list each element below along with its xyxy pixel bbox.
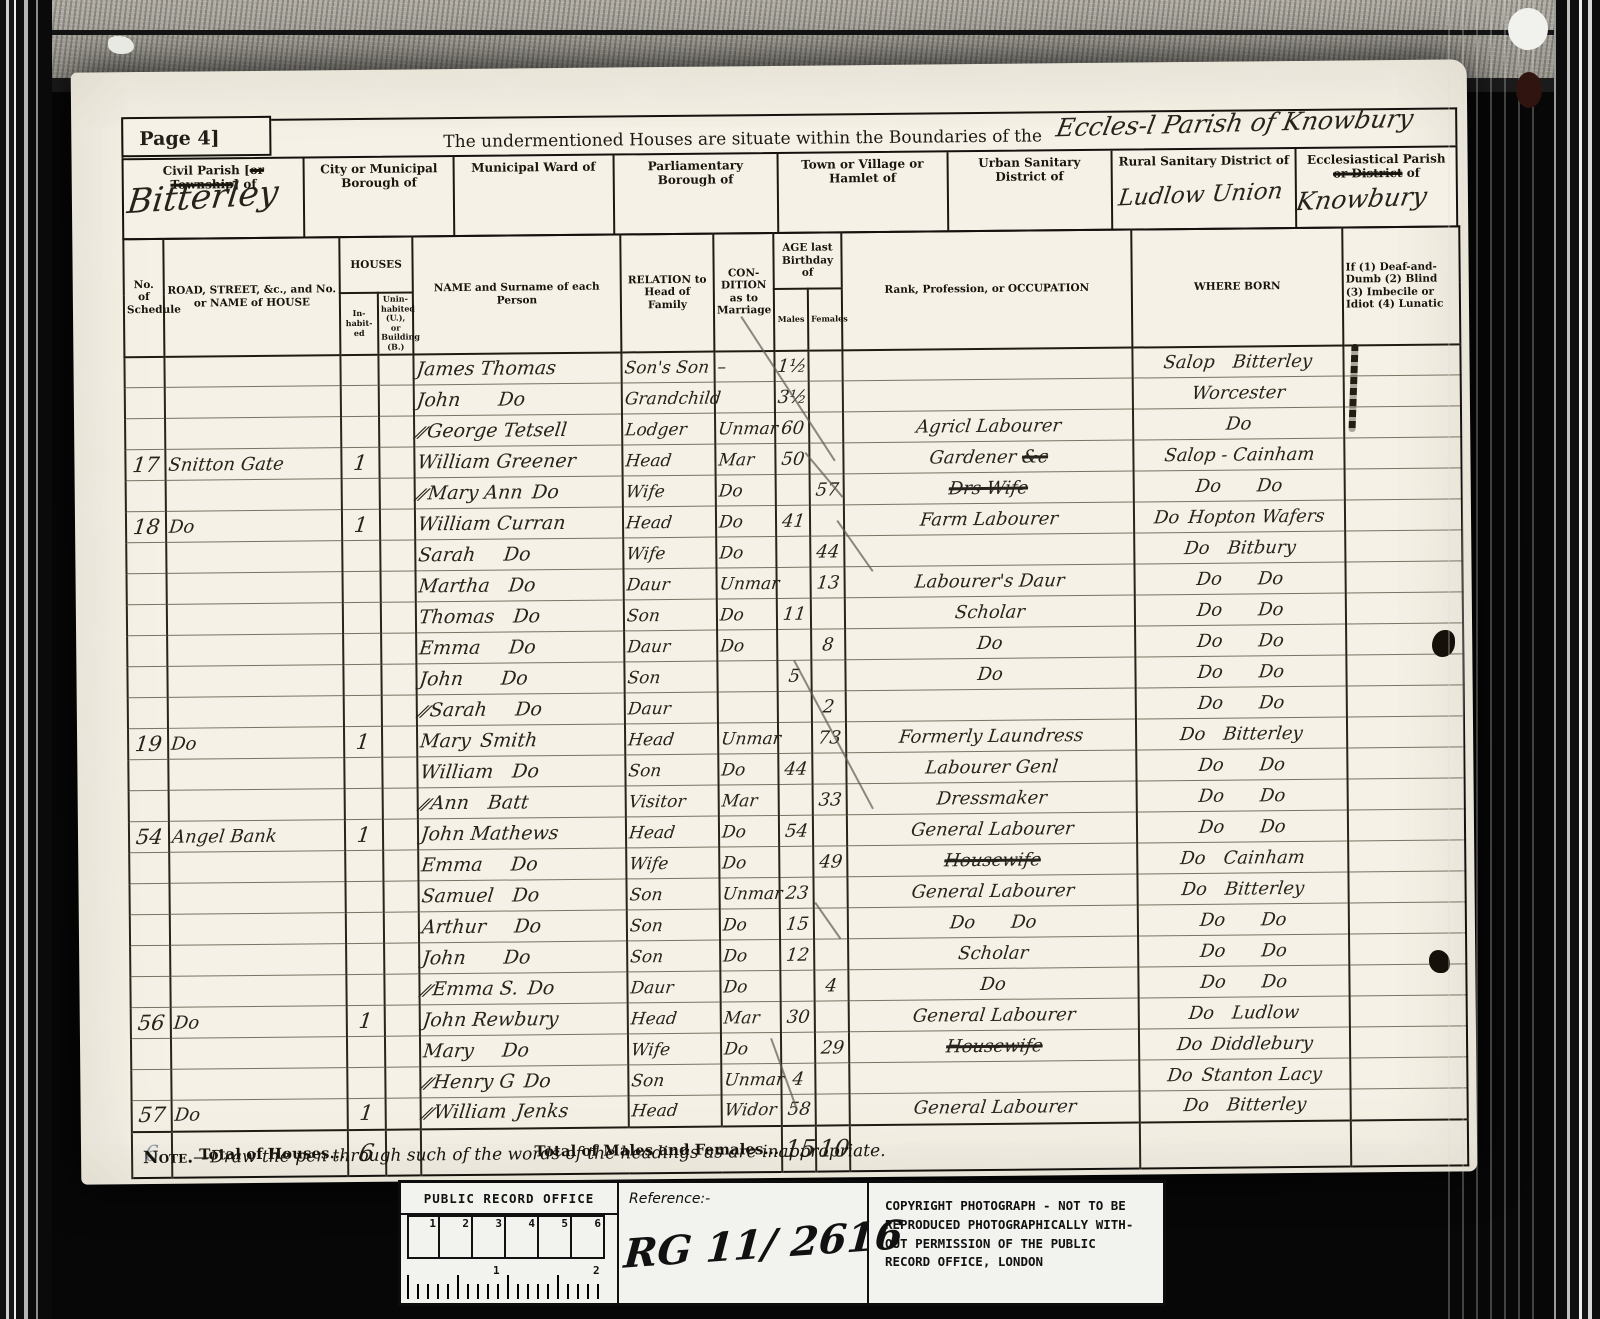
occupation: General Labourer [847, 812, 1137, 846]
where-born: Do Do [1135, 593, 1346, 626]
age-female: 44 [810, 536, 844, 567]
schedule-no [130, 914, 170, 945]
road-name [167, 603, 343, 636]
houses-uninhabited [379, 447, 414, 478]
age-male [776, 567, 810, 598]
age-male [779, 846, 813, 877]
age-male: 23 [779, 877, 813, 908]
age-female: 8 [811, 629, 845, 660]
parish-cell-label: Municipal Ward of [455, 159, 613, 177]
person-name: Sarah Do [415, 538, 623, 571]
houses-inhabited: 1 [347, 1005, 385, 1036]
person-name: //Ann Batt [418, 786, 626, 819]
person-name: Arthur Do [419, 910, 627, 943]
where-born: Do Bitterley [1140, 1089, 1351, 1122]
schedule-no [131, 1069, 171, 1100]
age-female [814, 939, 848, 970]
road-name [167, 665, 343, 698]
condition: Mar [719, 785, 779, 817]
condition: Unmar [716, 568, 776, 600]
situate-printed-text: The undermentioned Houses are situate wi… [443, 126, 1042, 152]
age-female [809, 381, 843, 412]
relation: Head [623, 506, 716, 538]
occupation: Labourer Genl [846, 750, 1136, 784]
infirmity [1347, 716, 1464, 748]
houses-inhabited: 1 [341, 447, 379, 478]
houses-inhabited: 1 [344, 726, 382, 757]
houses-inhabited [345, 850, 383, 881]
relation: Son [628, 1064, 721, 1096]
occupation: Do [848, 967, 1138, 1001]
parish-cell: City or Municipal Borough of [303, 157, 453, 236]
age-male [778, 722, 812, 753]
occupation: General Labourer [847, 874, 1137, 908]
relation: Son [624, 661, 717, 693]
person-name: William Do [417, 755, 625, 788]
parish-cell: Civil Parish [or Township] ofBitterley [124, 159, 304, 239]
houses-uninhabited [381, 633, 416, 664]
schedule-no: 18 [126, 511, 166, 542]
road-name [168, 758, 344, 791]
houses-inhabited [341, 416, 379, 447]
relation: Grandchild [622, 382, 715, 414]
occupation [842, 347, 1132, 381]
houses-inhabited [343, 633, 381, 664]
age-male: 44 [778, 753, 812, 784]
houses-inhabited: 1 [342, 509, 380, 540]
film-edge-right [1528, 0, 1600, 1319]
condition [715, 382, 775, 414]
relation: Son [624, 599, 717, 631]
parish-cell-label: Urban Sanitary District of [948, 154, 1111, 186]
condition: Do [720, 940, 780, 972]
infirmity [1346, 654, 1463, 686]
person-name: John Do [414, 383, 622, 416]
col-header-inhabited: In-habit-ed [340, 293, 379, 355]
relation: Son [627, 940, 720, 972]
age-male: 11 [777, 598, 811, 629]
age-male: 30 [781, 1001, 815, 1032]
parish-cell: Ecclesiastical Parish or District ofKnow… [1295, 147, 1456, 227]
road-name [164, 355, 340, 388]
relation: Son [626, 878, 719, 910]
ink-blot [1429, 950, 1450, 973]
occupation: Farm Labourer [844, 502, 1134, 536]
totals-occupation [850, 1122, 1140, 1171]
where-born: Do Do [1137, 779, 1348, 812]
houses-inhabited [343, 664, 381, 695]
age-female [808, 350, 842, 381]
parish-cell-label: Parliamentary Borough of [614, 157, 777, 189]
road-name [171, 1068, 347, 1101]
parish-cell-value: Ludlow Union [1117, 178, 1285, 211]
houses-uninhabited [378, 354, 413, 385]
road-name [170, 944, 346, 977]
infirmity [1345, 468, 1462, 500]
person-name: Emma Do [418, 848, 626, 881]
age-female [811, 660, 845, 691]
ruler-cm-box: 1 [407, 1215, 440, 1259]
where-born: Do Stanton Lacy [1139, 1058, 1350, 1091]
occupation: Do [845, 657, 1135, 691]
relation: Head [625, 723, 718, 755]
relation: Wife [623, 537, 716, 569]
houses-uninhabited [381, 602, 416, 633]
age-male: 50 [775, 443, 809, 474]
pro-stamp-card: PUBLIC RECORD OFFICE 123456 1 2 Referenc… [398, 1180, 1166, 1306]
pro-reference-box: Reference:- RG 11/ 2616 [619, 1183, 867, 1303]
where-born: Do [1133, 407, 1344, 440]
where-born: Do Do [1136, 748, 1347, 781]
where-born: Do Hopton Wafers [1134, 500, 1345, 533]
col-header-age: AGE last Birthday of [773, 232, 842, 289]
person-name: John Rewbury [420, 1003, 628, 1036]
census-table-body: James ThomasSon's Son–1½Salop BitterleyJ… [124, 344, 1467, 1132]
copyright-line: OUT PERMISSION OF THE PUBLIC [885, 1235, 1163, 1254]
infirmity [1347, 747, 1464, 779]
where-born: Worcester [1133, 376, 1344, 409]
houses-inhabited [346, 912, 384, 943]
occupation: Dressmaker [847, 781, 1137, 815]
houses-inhabited [345, 881, 383, 912]
condition: Do [716, 506, 776, 538]
houses-inhabited [341, 385, 379, 416]
census-table: No. of Schedule ROAD, STREET, &c., and N… [122, 225, 1469, 1178]
road-name [170, 975, 346, 1008]
houses-uninhabited [383, 850, 418, 881]
occupation [849, 1060, 1139, 1094]
relation: Son's Son [621, 351, 714, 383]
occupation: Do Do [848, 905, 1138, 939]
road-name [166, 479, 342, 512]
condition: Do [719, 847, 779, 879]
occupation: Gardener &c [843, 440, 1133, 474]
relation: Daur [627, 971, 720, 1003]
condition: Do [720, 909, 780, 941]
houses-uninhabited [385, 1067, 420, 1098]
condition [717, 661, 777, 693]
age-male [777, 629, 811, 660]
road-name: Angel Bank [169, 820, 345, 853]
houses-uninhabited [379, 385, 414, 416]
houses-uninhabited [383, 788, 418, 819]
film-frame-line [0, 30, 1600, 35]
relation: Daur [624, 630, 717, 662]
houses-uninhabited [380, 540, 415, 571]
age-male: 12 [780, 939, 814, 970]
col-header-males: Males [774, 289, 809, 351]
houses-uninhabited [379, 416, 414, 447]
relation: Wife [626, 847, 719, 879]
houses-inhabited: 1 [345, 819, 383, 850]
condition: Do [717, 599, 777, 631]
road-name [168, 696, 344, 729]
age-male: 41 [776, 505, 810, 536]
col-header-uninhabited: Unin-habited (U.), or Building (B.) [378, 292, 414, 354]
schedule-no [128, 697, 168, 728]
schedule-no [127, 604, 167, 635]
census-photograph: Page 4] The undermentioned Houses are si… [0, 0, 1600, 1319]
parish-cell-label: City or Municipal Borough of [305, 160, 453, 192]
parish-cell: Parliamentary Borough of [612, 154, 777, 234]
where-born: Do Do [1138, 965, 1349, 998]
relation: Son [625, 754, 718, 786]
condition: Do [719, 816, 779, 848]
schedule-no [128, 759, 168, 790]
age-male [781, 1032, 815, 1063]
occupation: Housewife [847, 843, 1137, 877]
schedule-no [131, 1038, 171, 1069]
col-header-road: ROAD, STREET, &c., and No. or NAME of HO… [163, 237, 340, 356]
person-name: Samuel Do [418, 879, 626, 912]
houses-inhabited [342, 478, 380, 509]
relation: Head [629, 1095, 722, 1127]
person-name: //Sarah Do [417, 693, 625, 726]
road-name [170, 913, 346, 946]
occupation: Housewife [849, 1029, 1139, 1063]
relation: Wife [623, 475, 716, 507]
houses-uninhabited [382, 757, 417, 788]
schedule-no [129, 852, 169, 883]
road-name [169, 882, 345, 915]
occupation: Drs Wife [844, 471, 1134, 505]
person-name: John Do [419, 941, 627, 974]
condition: Mar [715, 444, 775, 476]
age-female [813, 815, 847, 846]
occupation: Agricl Labourer [843, 409, 1133, 443]
road-name [171, 1037, 347, 1070]
where-born: Do Diddlebury [1139, 1027, 1350, 1060]
houses-uninhabited [384, 974, 419, 1005]
ruler-cm-box: 6 [572, 1215, 605, 1259]
condition [718, 692, 778, 724]
person-name: //Henry G Do [420, 1065, 628, 1098]
schedule-no: 54 [129, 821, 169, 852]
road-name: Do [171, 1006, 347, 1039]
census-page: Page 4] The undermentioned Houses are si… [71, 59, 1478, 1184]
where-born: Do Ludlow [1139, 996, 1350, 1029]
houses-uninhabited [385, 1036, 420, 1067]
infirmity [1345, 499, 1462, 531]
road-name [165, 386, 341, 419]
relation: Head [626, 816, 719, 848]
condition: Unmar [718, 723, 778, 755]
infirmity [1347, 685, 1464, 717]
infirmity [1344, 437, 1461, 469]
where-born: Do Do [1137, 810, 1348, 843]
where-born: Do Do [1134, 562, 1345, 595]
occupation: Scholar [845, 595, 1135, 629]
schedule-no [124, 356, 164, 387]
condition: Unmar [721, 1064, 781, 1096]
occupation: Formerly Laundress [846, 719, 1136, 753]
occupation [844, 533, 1134, 567]
parish-cell-value: Knowbury [1295, 181, 1430, 216]
parish-cell-label: Rural Sanitary District of [1113, 152, 1296, 170]
schedule-no [129, 790, 169, 821]
infirmity [1343, 344, 1460, 376]
infirmity [1346, 592, 1463, 624]
condition: Mar [721, 1002, 781, 1034]
person-name: John Mathews [418, 817, 626, 850]
schedule-no [130, 976, 170, 1007]
road-name: Do [168, 727, 344, 760]
houses-uninhabited [383, 819, 418, 850]
where-born: Do Do [1136, 686, 1347, 719]
houses-uninhabited [384, 912, 419, 943]
road-name [169, 851, 345, 884]
age-female [813, 877, 847, 908]
ruler-cm-box: 4 [506, 1215, 539, 1259]
houses-uninhabited [382, 695, 417, 726]
houses-inhabited [340, 354, 378, 385]
parish-header: Civil Parish [or Township] ofBitterleyCi… [122, 145, 1459, 240]
age-male: 54 [779, 815, 813, 846]
where-born: Do Do [1138, 934, 1349, 967]
houses-uninhabited [386, 1098, 421, 1129]
age-male: 60 [775, 412, 809, 443]
infirmity [1344, 375, 1461, 407]
condition: Unmar [715, 413, 775, 445]
age-female: 29 [815, 1032, 849, 1063]
condition: Do [720, 971, 780, 1003]
occupation: Do [845, 626, 1135, 660]
person-name: //William Jenks [421, 1096, 629, 1129]
parish-cell: Rural Sanitary District ofLudlow Union [1110, 149, 1295, 229]
ruler-cm-scale: 123456 [401, 1215, 617, 1259]
situate-handwritten-text: Eccles-l Parish of Knowbury [1054, 104, 1416, 143]
houses-inhabited [342, 571, 380, 602]
age-male [780, 970, 814, 1001]
schedule-no [126, 480, 166, 511]
col-header-name: NAME and Surname of each Person [412, 234, 621, 354]
occupation [843, 378, 1133, 412]
person-name: Martha Do [415, 569, 623, 602]
age-male: 15 [780, 908, 814, 939]
where-born: Salop - Cainham [1133, 438, 1344, 471]
ruler-cm-box: 5 [539, 1215, 572, 1259]
infirmity [1345, 530, 1462, 562]
where-born: Do Do [1135, 624, 1346, 657]
schedule-no [127, 666, 167, 697]
houses-uninhabited [380, 478, 415, 509]
houses-inhabited [346, 943, 384, 974]
totals-born [1140, 1120, 1351, 1168]
infirmity [1345, 561, 1462, 593]
where-born: Do Bitterley [1136, 717, 1347, 750]
age-female [812, 753, 846, 784]
copyright-line: COPYRIGHT PHOTOGRAPH - NOT TO BE [885, 1197, 1163, 1216]
where-born: Salop Bitterley [1132, 345, 1343, 378]
age-male [779, 784, 813, 815]
road-name: Snitton Gate [165, 448, 341, 481]
houses-inhabited: 1 [348, 1098, 386, 1129]
ruler-minor-ticks [407, 1284, 607, 1299]
road-name [167, 634, 343, 667]
schedule-no [125, 418, 165, 449]
road-name: Do [172, 1099, 348, 1132]
schedule-no: 56 [131, 1007, 171, 1038]
film-scratches [1448, 0, 1534, 1319]
col-header-females: Females [808, 288, 843, 350]
col-header-born: WHERE BORN [1131, 228, 1343, 348]
col-header-infirmity: If (1) Deaf-and-Dumb (2) Blind (3) Imbec… [1342, 226, 1460, 345]
ruler-cm-box: 3 [473, 1215, 506, 1259]
film-blob-dark [1516, 72, 1542, 108]
parish-cell: Urban Sanitary District of [946, 151, 1111, 231]
condition: Do [717, 630, 777, 662]
condition: Widor [722, 1095, 782, 1127]
col-header-houses: HOUSES [339, 236, 413, 293]
ruler-inch-scale: 1 2 [401, 1259, 617, 1303]
parish-cell: Town or Village or Hamlet of [777, 152, 947, 232]
condition: Do [718, 754, 778, 786]
relation: Daur [623, 568, 716, 600]
col-header-schedule: No. of Schedule [123, 239, 164, 357]
schedule-no: 17 [125, 449, 165, 480]
houses-uninhabited [385, 1005, 420, 1036]
film-edge-left [0, 0, 64, 1319]
relation: Head [622, 444, 715, 476]
houses-uninhabited [383, 881, 418, 912]
occupation: Labourer's Daur [844, 564, 1134, 598]
col-header-condition: CON-DITION as to Marriage [713, 233, 774, 351]
condition: Do [716, 475, 776, 507]
person-name: John Do [416, 662, 624, 695]
houses-inhabited [345, 788, 383, 819]
infirmity [1344, 406, 1461, 438]
houses-inhabited [346, 974, 384, 1005]
pro-ruler-box: PUBLIC RECORD OFFICE 123456 1 2 [401, 1183, 619, 1303]
age-female: 13 [810, 567, 844, 598]
houses-inhabited [342, 540, 380, 571]
where-born: Do Do [1138, 903, 1349, 936]
occupation: General Labourer [849, 998, 1139, 1032]
condition: Do [721, 1033, 781, 1065]
houses-inhabited [343, 602, 381, 633]
person-name: James Thomas [413, 352, 621, 385]
road-name [165, 417, 341, 450]
person-name: Thomas Do [416, 600, 624, 633]
age-female [815, 1063, 849, 1094]
age-male: 58 [782, 1094, 816, 1125]
col-header-occupation: Rank, Profession, or OCCUPATION [841, 230, 1132, 350]
houses-uninhabited [380, 509, 415, 540]
parish-cell: Municipal Ward of [453, 156, 613, 236]
relation: Son [627, 909, 720, 941]
houses-inhabited [347, 1036, 385, 1067]
pro-copyright-box: COPYRIGHT PHOTOGRAPH - NOT TO BE REPRODU… [867, 1183, 1163, 1303]
form-header: Page 4] The undermentioned Houses are si… [121, 107, 1458, 240]
schedule-no: 19 [128, 728, 168, 759]
page-number: Page 4] [139, 127, 220, 150]
relation: Head [628, 1002, 721, 1034]
occupation: General Labourer [850, 1091, 1140, 1125]
parish-cell-label: Town or Village or Hamlet of [779, 155, 947, 187]
parish-cell-value: Bitterley [125, 173, 280, 222]
houses-uninhabited [382, 726, 417, 757]
houses-uninhabited [384, 943, 419, 974]
where-born: Do Cainham [1137, 841, 1348, 874]
where-born: Do Bitterley [1137, 872, 1348, 905]
occupation [846, 688, 1136, 722]
relation: Wife [628, 1033, 721, 1065]
where-born: Do Bitbury [1134, 531, 1345, 564]
houses-uninhabited [380, 571, 415, 602]
houses-inhabited [344, 757, 382, 788]
road-name [167, 572, 343, 605]
schedule-no [129, 883, 169, 914]
